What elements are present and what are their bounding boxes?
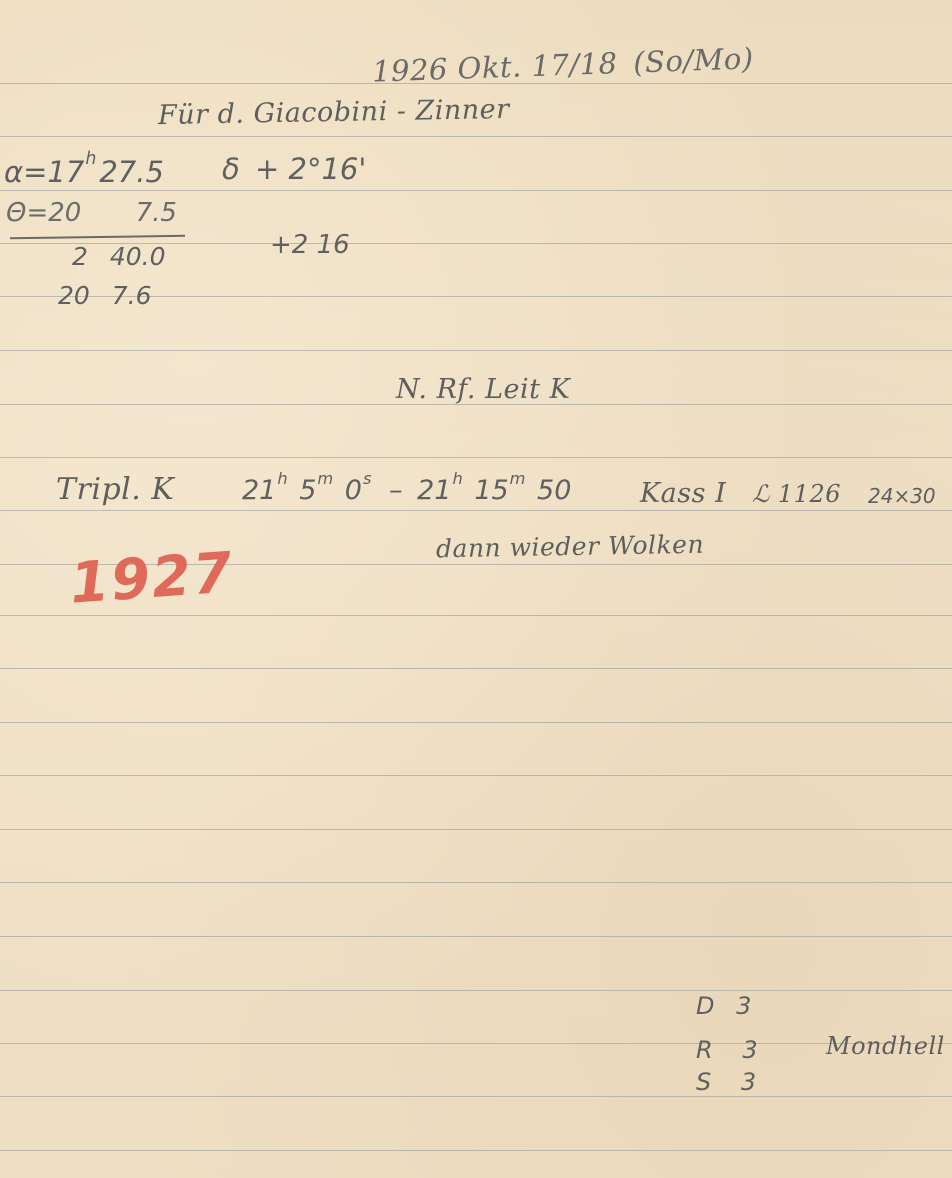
result-hours: 2: [72, 242, 88, 271]
theta-label: Θ=20: [6, 198, 81, 228]
condition-item: S 3: [696, 1068, 756, 1096]
condition-symbol: D: [696, 992, 714, 1020]
condition-value: 3: [742, 1036, 757, 1064]
sum-underline: [10, 235, 185, 239]
condition-value: 3: [736, 992, 751, 1020]
ruled-line: [0, 936, 952, 937]
ruled-line: [0, 829, 952, 830]
delta-result: +2 16: [270, 230, 350, 260]
ruled-line: [0, 722, 952, 723]
start-m: 5: [299, 475, 316, 506]
second-minutes: 7.6: [112, 281, 152, 310]
condition-item: R 3: [696, 1036, 758, 1064]
ruled-line: [0, 350, 952, 351]
second-hours: 20: [58, 281, 90, 310]
ruled-line: [0, 882, 952, 883]
ruled-line: [0, 1043, 952, 1044]
result-minutes: 40.0: [110, 242, 166, 271]
delta-value: 2°16': [289, 152, 367, 186]
hour-mark: h: [85, 149, 96, 169]
observation-remark: dann wieder Wolken: [436, 530, 705, 564]
ruled-line: [0, 775, 952, 776]
ruled-line: [0, 668, 952, 669]
alpha-value: 27.5: [99, 155, 164, 189]
moon-note: Mondhell: [826, 1032, 945, 1060]
delta-line: δ + 2°16': [222, 152, 366, 186]
time-separator: –: [389, 475, 403, 506]
ruled-line: [0, 457, 952, 458]
alpha-label: α=17: [4, 155, 84, 189]
condition-item: D 3: [696, 992, 751, 1020]
notebook-page: 1926 Okt. 17/18 (So/Mo) Für d. Giacobini…: [0, 0, 952, 1178]
delta-label: δ: [222, 152, 240, 186]
ruled-line: [0, 1150, 952, 1151]
ruled-line: [0, 615, 952, 616]
plate-number: ℒ 1126: [752, 480, 841, 508]
reference-note: N. Rf. Leit K: [396, 374, 570, 405]
header-date: 1926 Okt. 17/18 (So/Mo): [372, 41, 755, 88]
year-mark: 1927: [68, 540, 236, 616]
instrument: Tripl. K: [56, 472, 174, 507]
condition-value: 3: [741, 1068, 756, 1096]
end-m: 15: [474, 475, 508, 506]
ruled-line: [0, 190, 952, 191]
cassette: Kass I: [640, 478, 726, 509]
start-s: 0: [345, 475, 362, 506]
ruled-line: [0, 1096, 952, 1097]
theta-line: Θ=20 7.5: [6, 198, 177, 228]
result-line: 2 40.0: [72, 242, 166, 271]
exposure-time: 21h 5m 0s – 21h 15m 50: [242, 475, 571, 506]
second-result-line: 20 7.6: [58, 281, 152, 310]
condition-symbol: S: [696, 1068, 711, 1096]
ruled-line: [0, 136, 952, 137]
delta-sign: +: [255, 152, 279, 186]
theta-value: 7.5: [136, 198, 177, 228]
condition-symbol: R: [696, 1036, 713, 1064]
plate-size: 24×30: [868, 484, 936, 508]
ruled-line: [0, 510, 952, 511]
alpha-line: α=17h27.5: [4, 155, 164, 189]
end-s: 50: [537, 475, 571, 506]
start-h: 21: [242, 475, 276, 506]
comet-title: Für d. Giacobini - Zinner: [158, 94, 510, 131]
end-h: 21: [417, 475, 451, 506]
observer-text: (So/Mo): [633, 41, 755, 79]
ruled-line: [0, 990, 952, 991]
